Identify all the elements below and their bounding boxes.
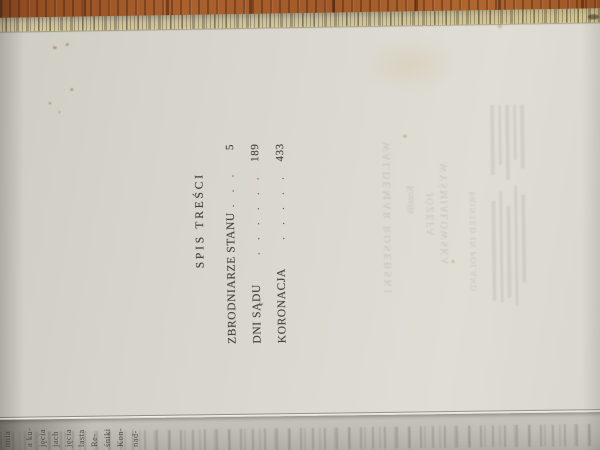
toc-page-number: 433	[273, 143, 287, 167]
foxing-spot	[66, 43, 69, 46]
book-page: SPIS TREŚCI ZBRODNIARZE STANU . . . 5 DN…	[0, 17, 600, 418]
text-fragment: onia	[2, 431, 12, 447]
paper-stain	[360, 37, 461, 93]
text-fragment: Re-	[89, 434, 99, 447]
text-fragment: lasta	[76, 429, 86, 447]
text-fragment: Kon-	[115, 428, 125, 447]
foxing-spot	[59, 111, 61, 113]
toc-entry: KORONACJA . . . . . 433	[273, 143, 291, 343]
text-fragment: śniki	[102, 428, 112, 447]
toc-page-number: 189	[248, 143, 262, 167]
showthrough-imprint-block	[490, 99, 531, 339]
edge-dirt-blotch	[588, 14, 599, 19]
toc-dot-leader: . . . . .	[274, 167, 289, 268]
toc-dot-leader: . . .	[224, 168, 239, 213]
table-of-contents: SPIS TREŚCI ZBRODNIARZE STANU . . . 5 DN…	[192, 143, 303, 344]
toc-page-number: 5	[223, 144, 237, 168]
foxing-spot	[497, 24, 502, 28]
toc-entry-title: KORONACJA	[275, 268, 290, 343]
text-fragment: a ku-	[24, 428, 34, 447]
toc-entry: ZBRODNIARZE STANU . . . 5	[223, 144, 241, 344]
toc-heading: SPIS TREŚCI	[192, 144, 209, 344]
showthrough-author: WALDEMAR ROSEBSKI	[380, 118, 395, 318]
foxing-spot	[48, 102, 51, 104]
showthrough-name: JÓZEFA	[424, 130, 437, 300]
text-fragment: jach	[50, 431, 60, 447]
toc-dot-leader: . . . . . .	[249, 167, 265, 284]
foxing-spot	[70, 88, 73, 91]
showthrough-printed-line: PRINTED IN POLAND	[467, 154, 479, 329]
showthrough-text: WALDEMAR ROSEBSKI Kozelik JÓZEFA WYŚMIAŁ…	[378, 98, 546, 340]
showthrough-name: WYŚMIAŁOWSKA	[438, 120, 451, 310]
toc-entry: DNI SĄDU . . . . . . 189	[248, 143, 266, 343]
foxing-spot	[53, 46, 57, 49]
toc-entry-title: DNI SĄDU	[250, 284, 265, 344]
text-fragment: jęcia	[37, 429, 47, 447]
showthrough-word: Kozelik	[404, 140, 416, 260]
text-fragment: nad-	[130, 430, 140, 447]
toc-entry-title: ZBRODNIARZE STANU	[224, 212, 240, 344]
book-photo: onia a ku- jęcia jach jęcia lasta Re- śn…	[0, 0, 600, 450]
text-fragment: jęcia	[63, 429, 73, 447]
